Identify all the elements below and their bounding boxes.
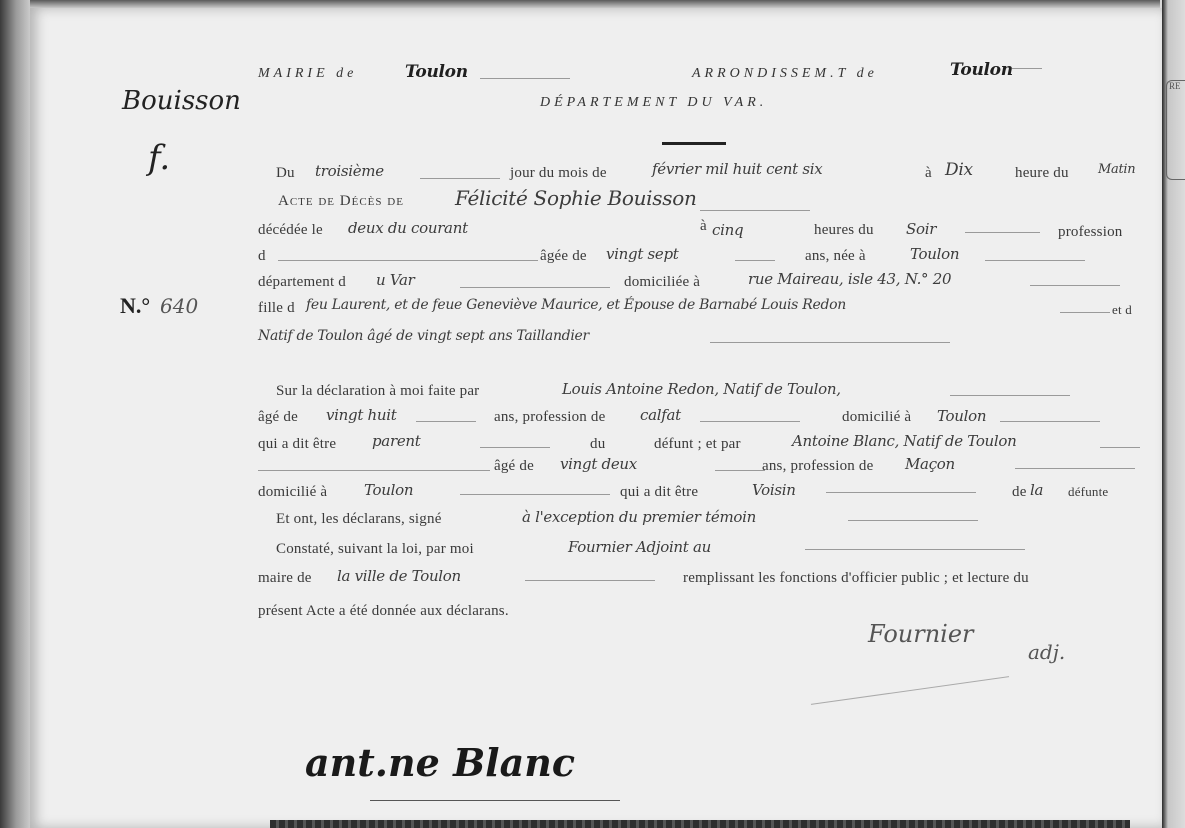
rule — [965, 232, 1040, 233]
rule — [805, 549, 1025, 550]
rule — [735, 260, 775, 261]
a-label: à — [700, 218, 707, 235]
defunte-label: défunte — [1068, 484, 1108, 500]
d-label: d — [258, 248, 266, 265]
rule — [985, 260, 1085, 261]
mairie-label: MAIRIE de — [258, 66, 357, 82]
arrondissement-label: ARRONDISSEM.T de — [692, 66, 878, 82]
period-value: Matin — [1098, 162, 1135, 177]
de-label: de — [1012, 484, 1027, 501]
margin-surname: Bouisson — [122, 86, 241, 116]
acte-label: Acte de Décès de — [278, 193, 404, 210]
maire-value: la ville de Toulon — [337, 567, 461, 585]
rule — [826, 492, 976, 493]
arrondissement-value: Toulon — [950, 60, 1013, 80]
profession-label: ans, profession de — [494, 409, 606, 426]
declarant-1-age: vingt huit — [326, 406, 396, 424]
rule — [1030, 285, 1120, 286]
header-divider — [662, 142, 726, 145]
declarant-2-value: Antoine Blanc, Natif de Toulon — [792, 432, 1017, 450]
parents-value: feu Laurent, et de feue Geneviève Mauric… — [306, 297, 846, 313]
constate-label: Constaté, suivant la loi, par moi — [276, 541, 474, 558]
defunt-label: défunt ; et par — [654, 436, 741, 453]
rule — [710, 342, 950, 343]
declarant-1-value: Louis Antoine Redon, Natif de Toulon, — [562, 380, 841, 398]
declarant-2-profession: Maçon — [905, 455, 955, 473]
nee-label: ans, née à — [805, 248, 866, 265]
margin-sex-mark: f. — [148, 138, 170, 178]
decedee-label: décédée le — [258, 222, 323, 239]
officer-signature: Fournier — [868, 620, 974, 648]
death-date-value: deux du courant — [348, 219, 468, 237]
remplissant-text: remplissant les fonctions d'officier pub… — [683, 570, 1029, 587]
birthplace-value: Toulon — [910, 245, 959, 263]
rule — [1060, 312, 1110, 313]
maire-label: maire de — [258, 570, 312, 587]
signe-value: à l'exception du premier témoin — [522, 508, 756, 526]
rule — [950, 395, 1070, 396]
declaration-label: Sur la déclaration à moi faite par — [276, 383, 479, 400]
adjacent-page-edge: RE — [1162, 0, 1185, 828]
et-d-label: et d — [1112, 302, 1132, 318]
fille-label: fille d — [258, 300, 295, 317]
rule — [278, 260, 538, 261]
deceased-name: Félicité Sophie Bouisson — [455, 186, 697, 210]
domicile-label: domicilié à — [842, 409, 911, 426]
rule — [1100, 447, 1140, 448]
profession-label: profession — [1058, 224, 1123, 241]
heures-label: heures du — [814, 222, 874, 239]
la-value: la — [1030, 481, 1043, 499]
age-label: âgé de — [494, 458, 534, 475]
death-hour-value: cinq — [712, 221, 743, 239]
record-number-label: N.° — [120, 293, 150, 319]
rule — [1015, 468, 1135, 469]
month-year-value: février mil huit cent six — [652, 160, 822, 178]
rule — [525, 580, 655, 581]
present-text: présent Acte a été donnée aux déclarans. — [258, 603, 509, 620]
officer-paraph: adj. — [1028, 640, 1065, 664]
departement-label: département d — [258, 274, 346, 291]
declarant-1-profession: calfat — [640, 406, 681, 424]
record-number-value: 640 — [160, 294, 198, 318]
rule — [480, 447, 550, 448]
profession-label: ans, profession de — [762, 458, 874, 475]
constate-value: Fournier Adjoint au — [568, 538, 711, 556]
relation-label: qui a dit être — [620, 484, 698, 501]
mairie-value: Toulon — [405, 62, 468, 82]
rule — [460, 287, 610, 288]
rule — [258, 470, 490, 471]
rule — [420, 178, 500, 179]
day-value: troisième — [315, 162, 384, 180]
rule — [1000, 421, 1100, 422]
age-value: vingt sept — [606, 245, 679, 263]
departement-heading: DÉPARTEMENT DU VAR. — [540, 95, 767, 111]
stamp-fragment: RE — [1166, 80, 1185, 180]
declarant-2-age: vingt deux — [560, 455, 637, 473]
rule — [480, 78, 570, 79]
domicile-label: domiciliée à — [624, 274, 700, 291]
jour-label: jour du mois de — [510, 165, 607, 182]
departement-value: u Var — [376, 271, 415, 289]
bottom-rule — [270, 820, 1130, 828]
du-label: du — [590, 436, 605, 453]
rule — [715, 470, 765, 471]
domicile-label: domicilié à — [258, 484, 327, 501]
du-label: Du — [276, 165, 295, 182]
death-period-value: Soir — [906, 220, 936, 238]
spouse-detail-value: Natif de Toulon âgé de vingt sept ans Ta… — [258, 328, 589, 344]
rule — [700, 210, 810, 211]
domicile-value: rue Maireau, isle 43, N.° 20 — [748, 270, 951, 288]
age-label: âgée de — [540, 248, 587, 265]
a-label: à — [925, 165, 932, 182]
rule — [700, 421, 800, 422]
declarant-2-relation: Voisin — [752, 481, 796, 499]
rule — [416, 421, 476, 422]
declarant-2-domicile: Toulon — [364, 481, 413, 499]
signature-flourish — [370, 800, 620, 801]
relation-label: qui a dit être — [258, 436, 336, 453]
signe-label: Et ont, les déclarans, signé — [276, 511, 442, 528]
hour-value: Dix — [945, 160, 973, 180]
heure-label: heure du — [1015, 165, 1069, 182]
rule — [460, 494, 610, 495]
witness-signature: ant.ne Blanc — [305, 740, 575, 785]
rule — [848, 520, 978, 521]
declarant-1-relation: parent — [372, 432, 420, 450]
age-label: âgé de — [258, 409, 298, 426]
declarant-1-domicile: Toulon — [937, 407, 986, 425]
rule — [1012, 68, 1042, 69]
book-binding-edge — [0, 0, 34, 828]
